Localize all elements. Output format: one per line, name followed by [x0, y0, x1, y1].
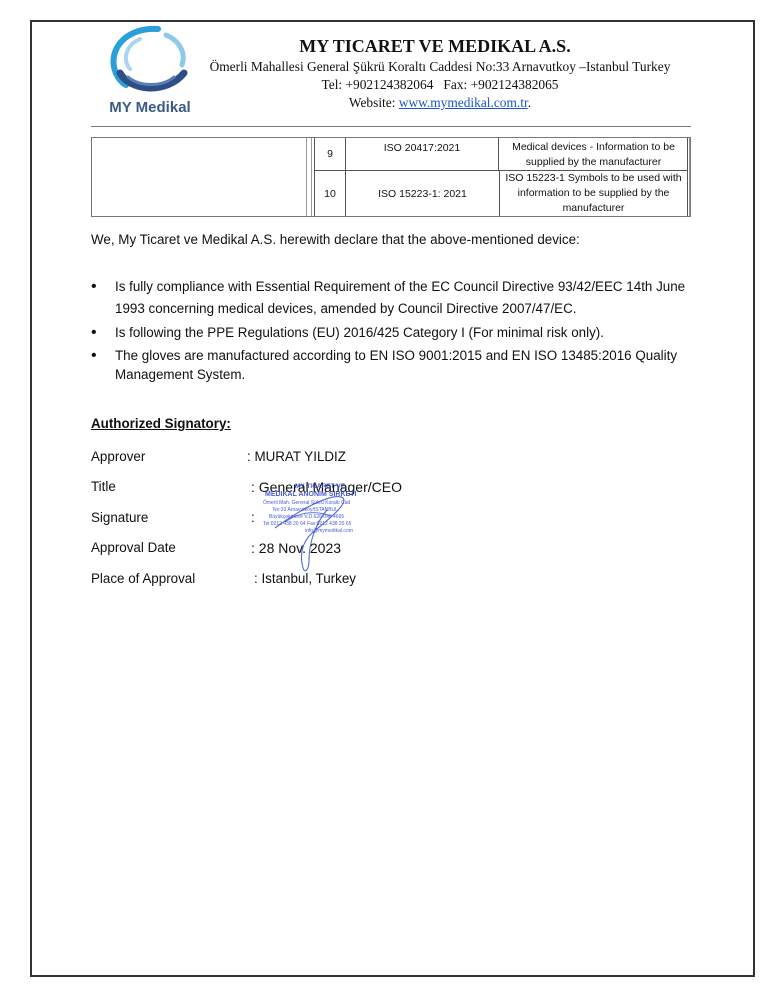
table-row: 9 ISO 20417:2021 Medical devices - Infor…: [315, 138, 687, 171]
approval-date-label: Approval Date: [91, 540, 176, 555]
row-description: ISO 15223-1 Symbols to be used with info…: [500, 171, 687, 216]
website-link[interactable]: www.mymedikal.com.tr: [399, 95, 528, 110]
signature-label: Signature: [91, 510, 148, 525]
logo-text: MY Medikal: [100, 99, 200, 116]
row-number: 9: [315, 138, 346, 170]
row-number: 10: [315, 171, 346, 216]
company-address: Ömerli Mahallesi General Şükrü Koraltı C…: [190, 59, 690, 75]
authorized-signatory-heading: Authorized Signatory:: [91, 416, 231, 431]
row-description: Medical devices - Information to be supp…: [500, 138, 687, 170]
table-empty-cell: [92, 138, 307, 216]
header-divider: [91, 126, 691, 127]
declaration-list: Is fully compliance with Essential Requi…: [91, 276, 711, 386]
declaration-item: The gloves are manufactured according to…: [91, 346, 695, 384]
website-suffix: .: [528, 95, 531, 110]
row-standard: ISO 15223-1: 2021: [346, 171, 500, 216]
declaration-intro: We, My Ticaret ve Medikal A.S. herewith …: [91, 232, 580, 247]
stamp-signature-icon: MY TICARET VE MEDIKAL ANONIM SIRKETI Öme…: [255, 482, 405, 577]
row-standard: ISO 20417:2021: [346, 138, 499, 170]
approver-value: : MURAT YILDIZ: [247, 449, 346, 464]
declaration-item: Is following the PPE Regulations (EU) 20…: [91, 322, 711, 344]
title-label: Title: [91, 479, 116, 494]
table-divider: [311, 138, 312, 216]
company-website: Website: www.mymedikal.com.tr.: [200, 95, 680, 111]
company-phone-fax: Tel: +902124382064 Fax: +902124382065: [200, 77, 680, 93]
website-label: Website:: [349, 95, 399, 110]
svg-text:Tel:0212 438 20 64 Fax:0212 43: Tel:0212 438 20 64 Fax:0212 438 20 65: [263, 521, 352, 527]
table-row: 10 ISO 15223-1: 2021 ISO 15223-1 Symbols…: [315, 171, 687, 216]
logo-swirl-icon: [100, 25, 200, 100]
standards-inner-table: 9 ISO 20417:2021 Medical devices - Infor…: [314, 138, 688, 216]
approver-label: Approver: [91, 449, 145, 464]
company-stamp: MY TICARET VE MEDIKAL ANONIM SIRKETI Öme…: [255, 482, 405, 577]
company-name: MY TICARET VE MEDIKAL A.S.: [200, 36, 670, 57]
place-of-approval-label: Place of Approval: [91, 571, 195, 586]
svg-text:MY TICARET VE: MY TICARET VE: [295, 483, 346, 490]
company-logo: MY Medikal: [100, 25, 200, 120]
table-divider: [689, 138, 690, 216]
standards-table: 9 ISO 20417:2021 Medical devices - Infor…: [91, 137, 691, 217]
declaration-item: Is fully compliance with Essential Requi…: [91, 276, 715, 320]
svg-text:MEDIKAL ANONIM SIRKETI: MEDIKAL ANONIM SIRKETI: [265, 491, 356, 498]
svg-text:Ömerli Mah. General Şükrü Kora: Ömerli Mah. General Şükrü Koraltı Cad: [263, 499, 350, 506]
